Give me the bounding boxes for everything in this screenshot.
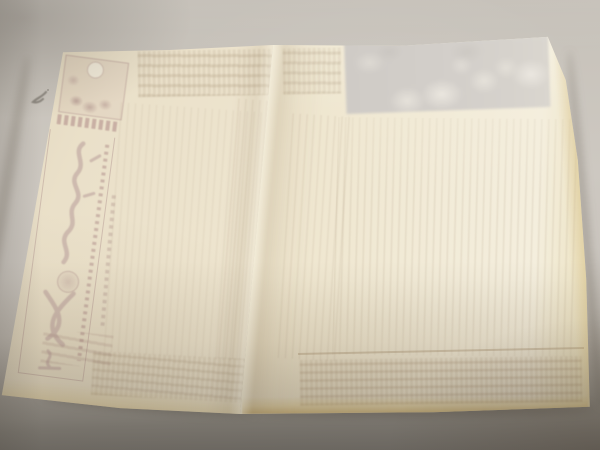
banner-bottom-characters [40, 328, 113, 369]
faded-photograph [344, 33, 550, 114]
right-page-text-columns [332, 117, 583, 357]
photo-of-open-booklet [0, 0, 600, 450]
surface-smudge-mark [27, 87, 53, 111]
